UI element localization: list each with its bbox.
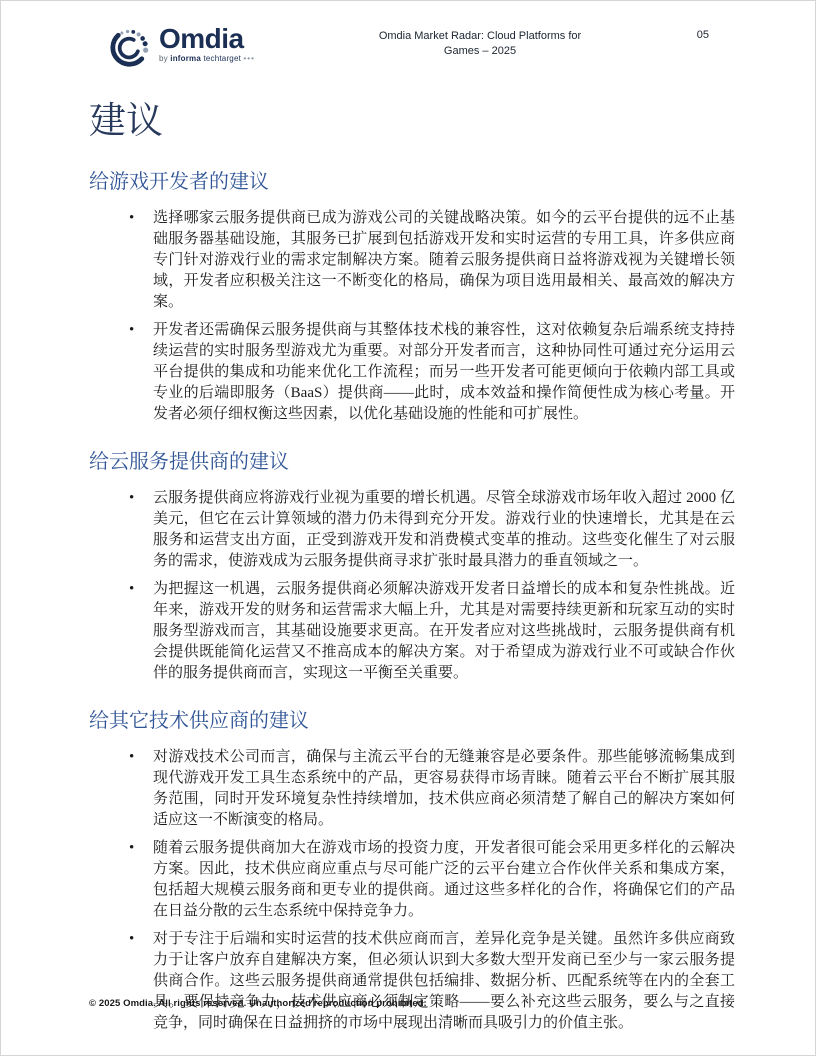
- bullet-list: 选择哪家云服务提供商已成为游戏公司的关键战略决策。如今的云平台提供的远不止基础服…: [89, 208, 735, 425]
- page-content: 建议 给游戏开发者的建议 选择哪家云服务提供商已成为游戏公司的关键战略决策。如今…: [1, 99, 815, 1034]
- bullet-item: 选择哪家云服务提供商已成为游戏公司的关键战略决策。如今的云平台提供的远不止基础服…: [153, 208, 735, 313]
- omdia-wordmark: Omdia: [159, 25, 255, 53]
- omdia-logo-text: Omdia by informa techtarget •••: [159, 21, 255, 63]
- report-page: Omdia by informa techtarget ••• Omdia Ma…: [0, 0, 816, 1056]
- page-header: Omdia by informa techtarget ••• Omdia Ma…: [1, 1, 815, 73]
- section-heading-game-developers: 给游戏开发者的建议: [89, 169, 735, 195]
- section-heading-cloud-providers: 给云服务提供商的建议: [89, 449, 735, 475]
- section-cloud-providers: 给云服务提供商的建议 云服务提供商应将游戏行业视为重要的增长机遇。尽管全球游戏市…: [89, 449, 735, 684]
- bullet-item: 随着云服务提供商加大在游戏市场的投资力度，开发者很可能会采用更多样化的云解决方案…: [153, 838, 735, 922]
- bullet-item: 对游戏技术公司而言，确保与主流云平台的无缝兼容是必要条件。那些能够流畅集成到现代…: [153, 747, 735, 831]
- page-number: 05: [647, 21, 787, 41]
- document-title-line1: Omdia Market Radar: Cloud Platforms for: [313, 29, 647, 44]
- tagline-dots: •••: [243, 54, 254, 63]
- tagline-informa: informa: [170, 54, 201, 63]
- bullet-list: 对游戏技术公司而言，确保与主流云平台的无缝兼容是必要条件。那些能够流畅集成到现代…: [89, 747, 735, 1034]
- page-title: 建议: [89, 99, 735, 145]
- tagline-techtarget: techtarget: [201, 54, 243, 63]
- bullet-item: 云服务提供商应将游戏行业视为重要的增长机遇。尽管全球游戏市场年收入超过 2000…: [153, 488, 735, 572]
- omdia-logo-icon: [105, 21, 153, 73]
- bullet-item: 对于专注于后端和实时运营的技术供应商而言，差异化竞争是关键。虽然许多供应商致力于…: [153, 929, 735, 1034]
- omdia-tagline: by informa techtarget •••: [159, 54, 255, 63]
- section-heading-other-tech-vendors: 给其它技术供应商的建议: [89, 708, 735, 734]
- section-other-tech-vendors: 给其它技术供应商的建议 对游戏技术公司而言，确保与主流云平台的无缝兼容是必要条件…: [89, 708, 735, 1034]
- section-game-developers: 给游戏开发者的建议 选择哪家云服务提供商已成为游戏公司的关键战略决策。如今的云平…: [89, 169, 735, 425]
- bullet-item: 开发者还需确保云服务提供商与其整体技术栈的兼容性，这对依赖复杂后端系统支持持续运…: [153, 320, 735, 425]
- tagline-by: by: [159, 54, 170, 63]
- bullet-item: 为把握这一机遇，云服务提供商必须解决游戏开发者日益增长的成本和复杂性挑战。近年来…: [153, 579, 735, 684]
- bullet-list: 云服务提供商应将游戏行业视为重要的增长机遇。尽管全球游戏市场年收入超过 2000…: [89, 488, 735, 684]
- copyright-notice: © 2025 Omdia. All rights reserved. Unaut…: [89, 998, 426, 1009]
- document-title-line2: Games – 2025: [313, 44, 647, 59]
- omdia-logo: Omdia by informa techtarget •••: [105, 21, 313, 73]
- document-title: Omdia Market Radar: Cloud Platforms for …: [313, 21, 647, 59]
